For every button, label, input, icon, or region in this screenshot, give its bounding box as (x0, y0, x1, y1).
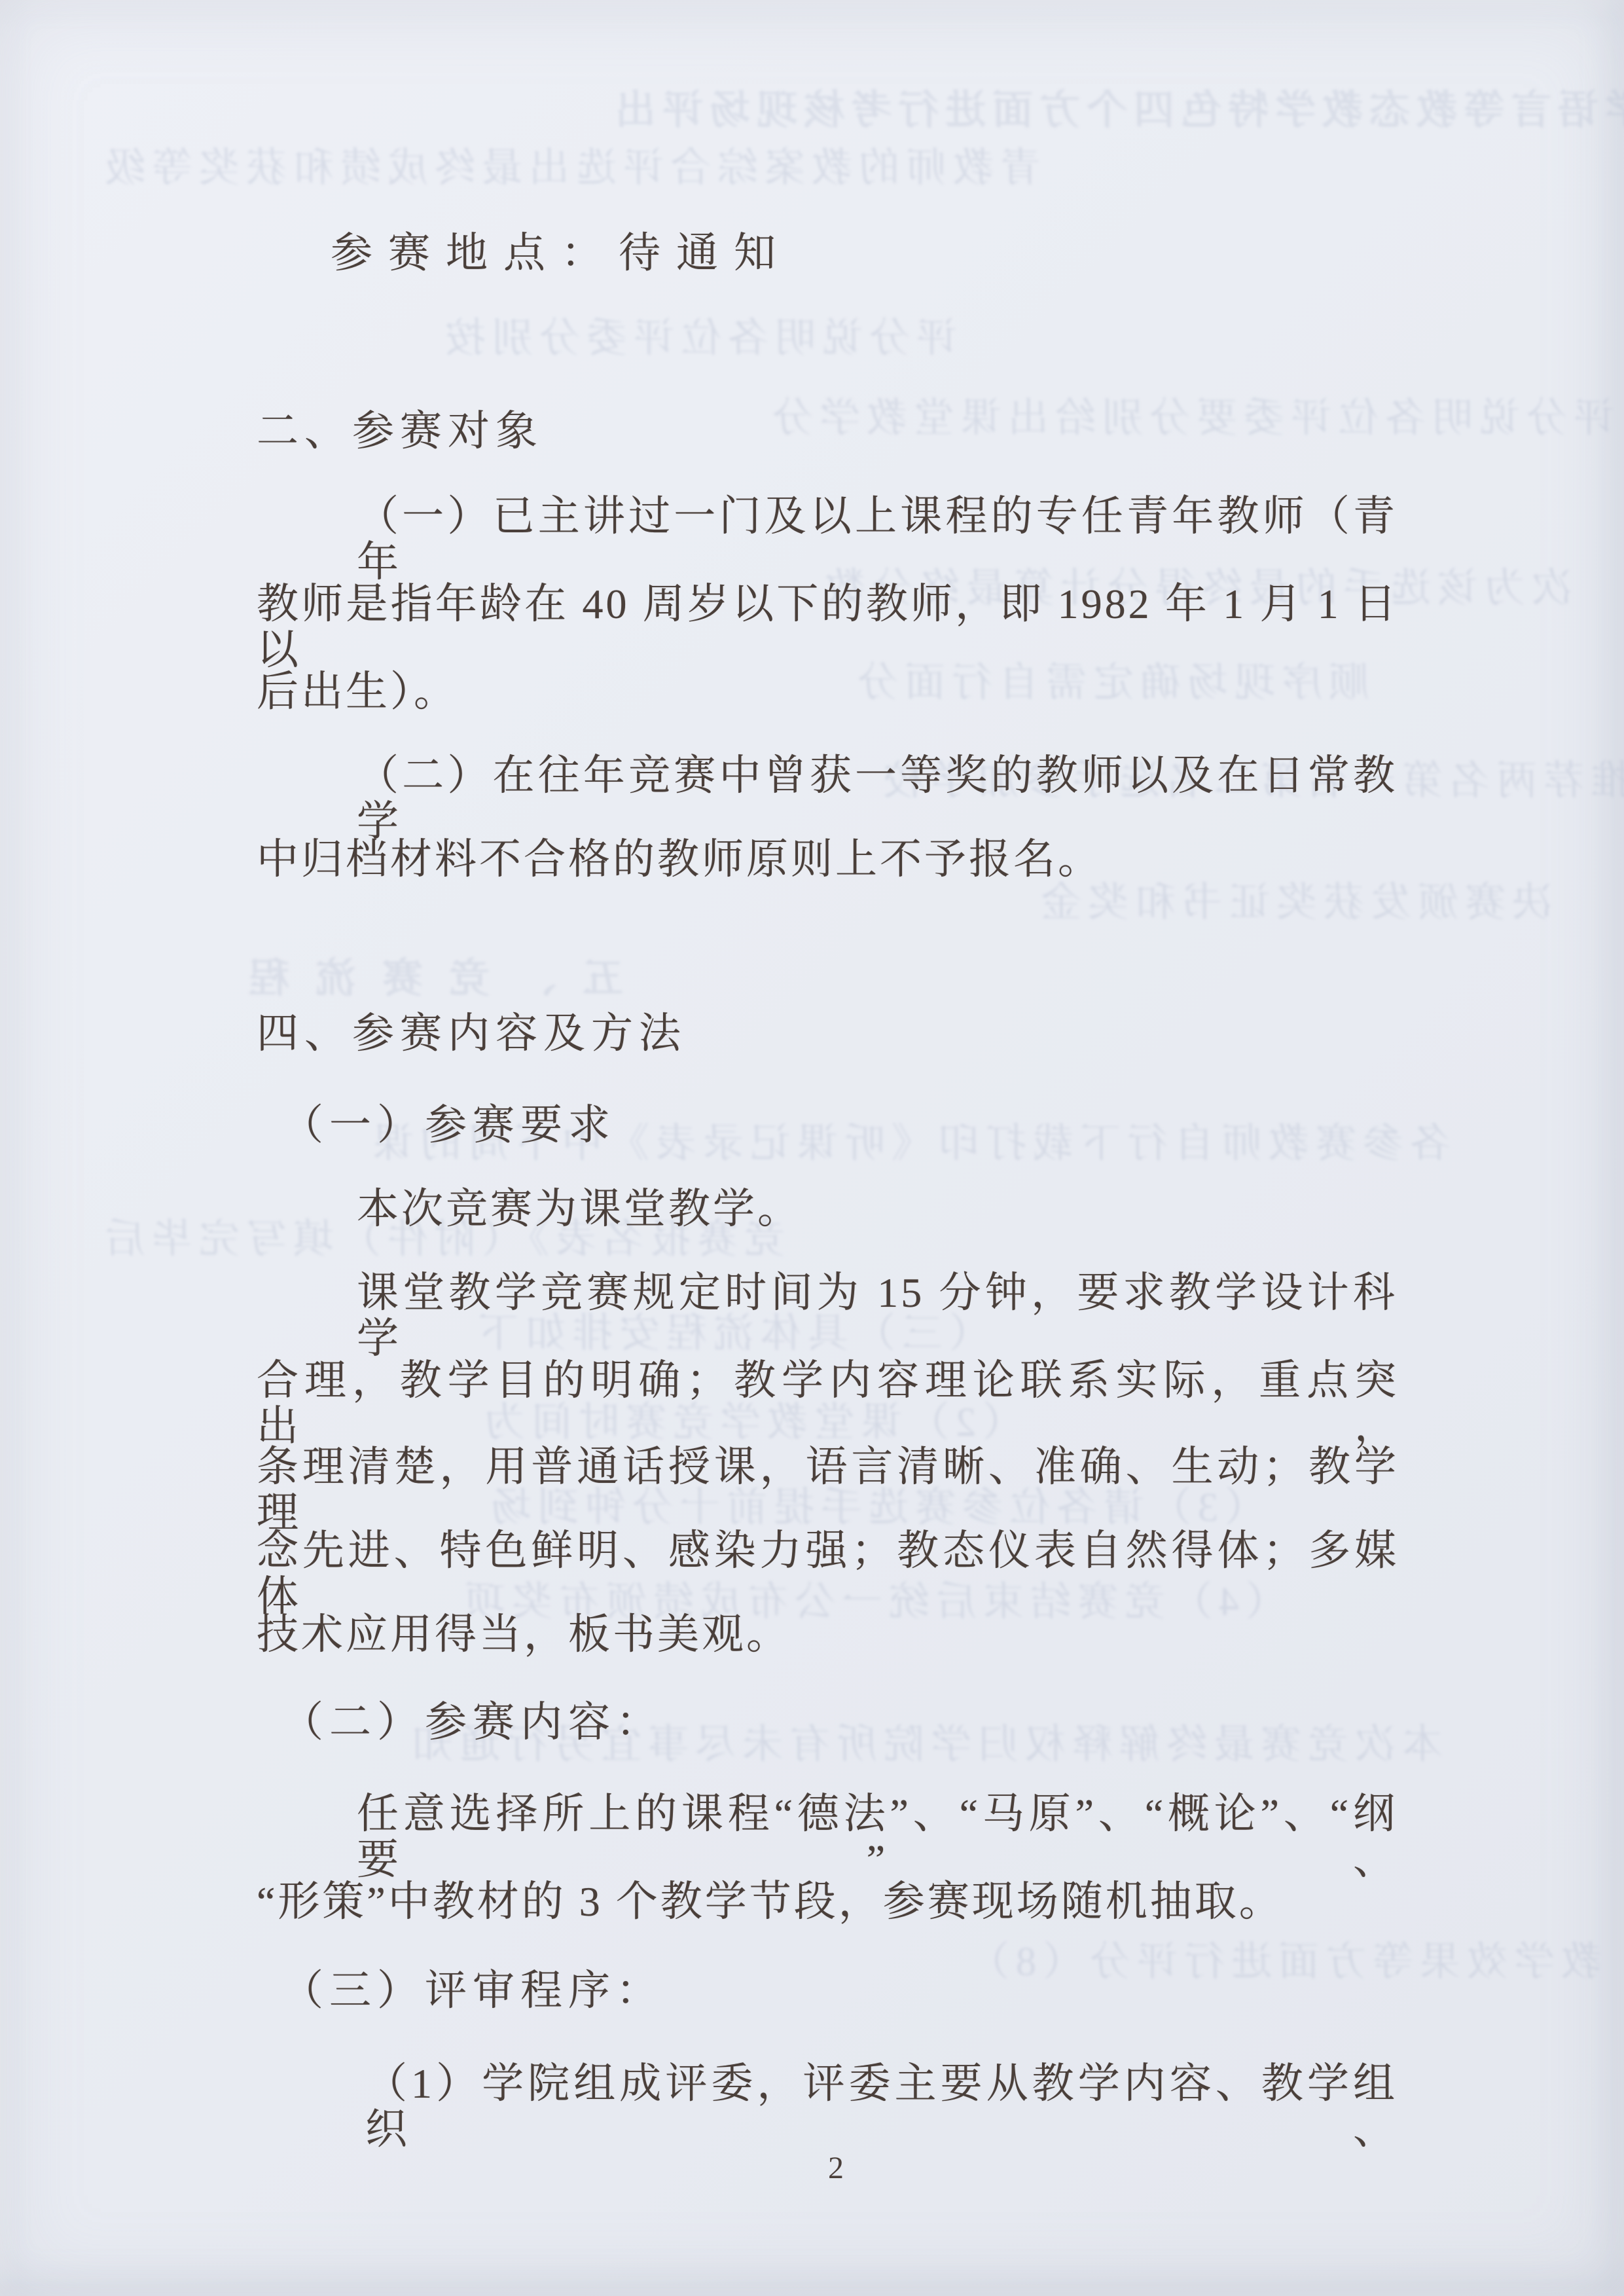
section-heading-participants: 二、参赛对象 (257, 409, 543, 454)
doc-line: 条理清楚，用普通话授课，语言清晰、准确、生动；教学理 (257, 1444, 1399, 1537)
bleed-through-line: 评分说明各位评委要分别给出课堂教学分 (766, 385, 1614, 443)
competition-location-line: 参赛地点：待通知 (331, 230, 791, 276)
doc-line: （二）在往年竞赛中曾获一等奖的教师以及在日常教学 (357, 753, 1398, 845)
doc-line: 技术应用得当，板书美观。 (257, 1612, 791, 1658)
bleed-through-line: 决赛颁发获奖证书和奖金 (1034, 869, 1553, 928)
bleed-through-line: 教学效果等方面进行评分（8） (962, 1929, 1602, 1987)
doc-line: 念先进、特色鲜明、感染力强；教态仪表自然得体；多媒体 (257, 1528, 1399, 1620)
bleed-through-line: 五、竞赛流程 (223, 945, 623, 1004)
page-number: 2 (828, 2150, 844, 2186)
bleed-through-line: 教学语言等教态教学特色四个方面进行考核现场评出 (609, 77, 1624, 136)
doc-line: 合理，教学目的明确；教学内容理论联系实际，重点突出， (257, 1358, 1399, 1450)
doc-line: （一）已主讲过一门及以上课程的专任青年教师（青年 (357, 494, 1398, 586)
scanned-document-page: 教学语言等教态教学特色四个方面进行考核现场评出 青教师的教案综合评选出最终成绩和… (0, 0, 1624, 2296)
doc-line: 中归档材料不合格的教师原则上不予报名。 (257, 837, 1102, 883)
doc-line: 本次竞赛为课堂教学。 (357, 1186, 802, 1232)
bleed-through-line: 评分说明各位评委分别按 (439, 305, 957, 363)
section-heading-content-method: 四、参赛内容及方法 (257, 1011, 687, 1057)
doc-line: “形策”中教材的 3 个教学节段，参赛现场随机抽取。 (257, 1879, 1284, 1925)
subsection-heading-review-procedure: （三）评审程序： (281, 1968, 664, 2014)
doc-line: 后出生）。 (257, 669, 458, 715)
doc-line: 教师是指年龄在 40 周岁以下的教师，即 1982 年 1 月 1 日以 (257, 581, 1399, 674)
doc-line: 课堂教学竞赛规定时间为 15 分钟，要求教学设计科学 (357, 1270, 1398, 1362)
doc-line: （1）学院组成评委，评委主要从教学内容、教学组织、 (365, 2061, 1398, 2153)
bleed-through-line: 青教师的教案综合评选出最终成绩和获奖等级 (98, 135, 1041, 193)
subsection-heading-requirements: （一）参赛要求 (281, 1102, 616, 1148)
doc-line: 任意选择所上的课程“德法”、“马原”、“概论”、“纲要”、 (357, 1791, 1398, 1884)
subsection-heading-content: （二）参赛内容： (281, 1700, 664, 1745)
